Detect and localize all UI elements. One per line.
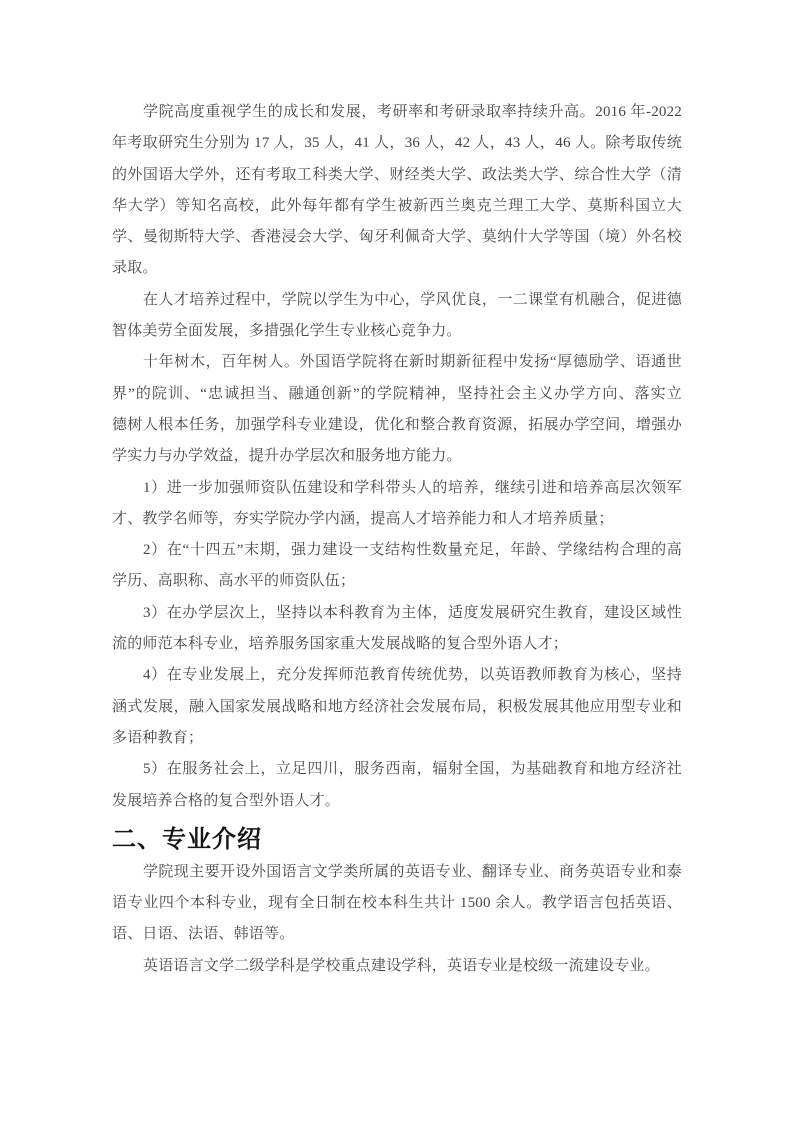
text-line: 智体美劳全面发展，多措强化学生专业核心竞争力。 bbox=[112, 316, 682, 347]
text-line: 2）在“十四五”末期，强力建设一支结构性数量充足，年龄、学缘结构合理的高 bbox=[112, 535, 682, 566]
paragraph: 在人才培养过程中，学院以学生为中心，学风优良，一二课堂有机融合，促进德 智体美劳… bbox=[112, 285, 682, 348]
text-line: 德树人根本任务，加强学科专业建设，优化和整合教育资源，拓展办学空间，增强办 bbox=[112, 410, 682, 441]
text-line: 学院现主要开设外国语言文学类所属的英语专业、翻译专业、商务英语专业和泰 bbox=[112, 857, 682, 888]
text-line: 5）在服务社会上，立足四川，服务西南，辐射全国，为基础教育和地方经济社会 bbox=[112, 754, 682, 785]
text-line: 涵式发展，融入国家发展战略和地方经济社会发展布局，积极发展其他应用型专业和 bbox=[112, 692, 682, 723]
paragraph: 学院现主要开设外国语言文学类所属的英语专业、翻译专业、商务英语专业和泰 语专业四… bbox=[112, 857, 682, 951]
paragraph: 学院高度重视学生的成长和发展，考研率和考研录取率持续升高。2016 年-2022… bbox=[112, 97, 682, 285]
text-line: 4）在专业发展上，充分发挥师范教育传统优势，以英语教师教育为核心，坚持内 bbox=[112, 660, 682, 691]
text-line: 才、教学名师等，夯实学院办学内涵，提高人才培养能力和人才培养质量； bbox=[112, 504, 682, 535]
paragraph-list-item: 1）进一步加强师资队伍建设和学科带头人的培养，继续引进和培养高层次领军人 才、教… bbox=[112, 473, 682, 536]
text-line: 界”的院训、“忠诚担当、融通创新”的学院精神，坚持社会主义办学方向、落实立 bbox=[112, 379, 682, 410]
text-line: 英语语言文学二级学科是学校重点建设学科，英语专业是校级一流建设专业。 bbox=[112, 951, 682, 982]
paragraph-list-item: 2）在“十四五”末期，强力建设一支结构性数量充足，年龄、学缘结构合理的高 学历、… bbox=[112, 535, 682, 598]
text-line: 语、日语、法语、韩语等。 bbox=[112, 919, 682, 950]
text-line: 流的师范本科专业，培养服务国家重大发展战略的复合型外语人才； bbox=[112, 629, 682, 660]
text-line: 学院高度重视学生的成长和发展，考研率和考研录取率持续升高。2016 年-2022 bbox=[112, 97, 682, 128]
text-line: 十年树木，百年树人。外国语学院将在新时期新征程中发扬“厚德励学、语通世 bbox=[112, 347, 682, 378]
document-page: 学院高度重视学生的成长和发展，考研率和考研录取率持续升高。2016 年-2022… bbox=[0, 0, 793, 1122]
text-line: 学、曼彻斯特大学、香港浸会大学、匈牙利佩奇大学、莫纳什大学等国（境）外名校 bbox=[112, 222, 682, 253]
text-line: 3）在办学层次上，坚持以本科教育为主体，适度发展研究生教育，建设区域性一 bbox=[112, 598, 682, 629]
text-line: 年考取研究生分别为 17 人，35 人，41 人，36 人，42 人，43 人，… bbox=[112, 128, 682, 159]
text-line: 1）进一步加强师资队伍建设和学科带头人的培养，继续引进和培养高层次领军人 bbox=[112, 473, 682, 504]
text-line: 语专业四个本科专业，现有全日制在校本科生共计 1500 余人。教学语言包括英语、… bbox=[112, 888, 682, 919]
section-heading: 二、专业介绍 bbox=[112, 823, 682, 857]
paragraph-list-item: 5）在服务社会上，立足四川，服务西南，辐射全国，为基础教育和地方经济社会 发展培… bbox=[112, 754, 682, 817]
document-content: 学院高度重视学生的成长和发展，考研率和考研录取率持续升高。2016 年-2022… bbox=[112, 97, 682, 982]
text-line: 在人才培养过程中，学院以学生为中心，学风优良，一二课堂有机融合，促进德 bbox=[112, 285, 682, 316]
text-line: 发展培养合格的复合型外语人才。 bbox=[112, 786, 682, 817]
text-line: 华大学）等知名高校，此外每年都有学生被新西兰奥克兰理工大学、莫斯科国立大 bbox=[112, 191, 682, 222]
paragraph-list-item: 3）在办学层次上，坚持以本科教育为主体，适度发展研究生教育，建设区域性一 流的师… bbox=[112, 598, 682, 661]
text-line: 学实力与办学效益，提升办学层次和服务地方能力。 bbox=[112, 441, 682, 472]
paragraph-list-item: 4）在专业发展上，充分发挥师范教育传统优势，以英语教师教育为核心，坚持内 涵式发… bbox=[112, 660, 682, 754]
text-line: 的外国语大学外，还有考取工科类大学、财经类大学、政法类大学、综合性大学（清 bbox=[112, 160, 682, 191]
text-line: 多语种教育； bbox=[112, 723, 682, 754]
paragraph: 十年树木，百年树人。外国语学院将在新时期新征程中发扬“厚德励学、语通世 界”的院… bbox=[112, 347, 682, 472]
text-line: 录取。 bbox=[112, 253, 682, 284]
text-line: 学历、高职称、高水平的师资队伍； bbox=[112, 566, 682, 597]
paragraph: 英语语言文学二级学科是学校重点建设学科，英语专业是校级一流建设专业。 bbox=[112, 951, 682, 982]
